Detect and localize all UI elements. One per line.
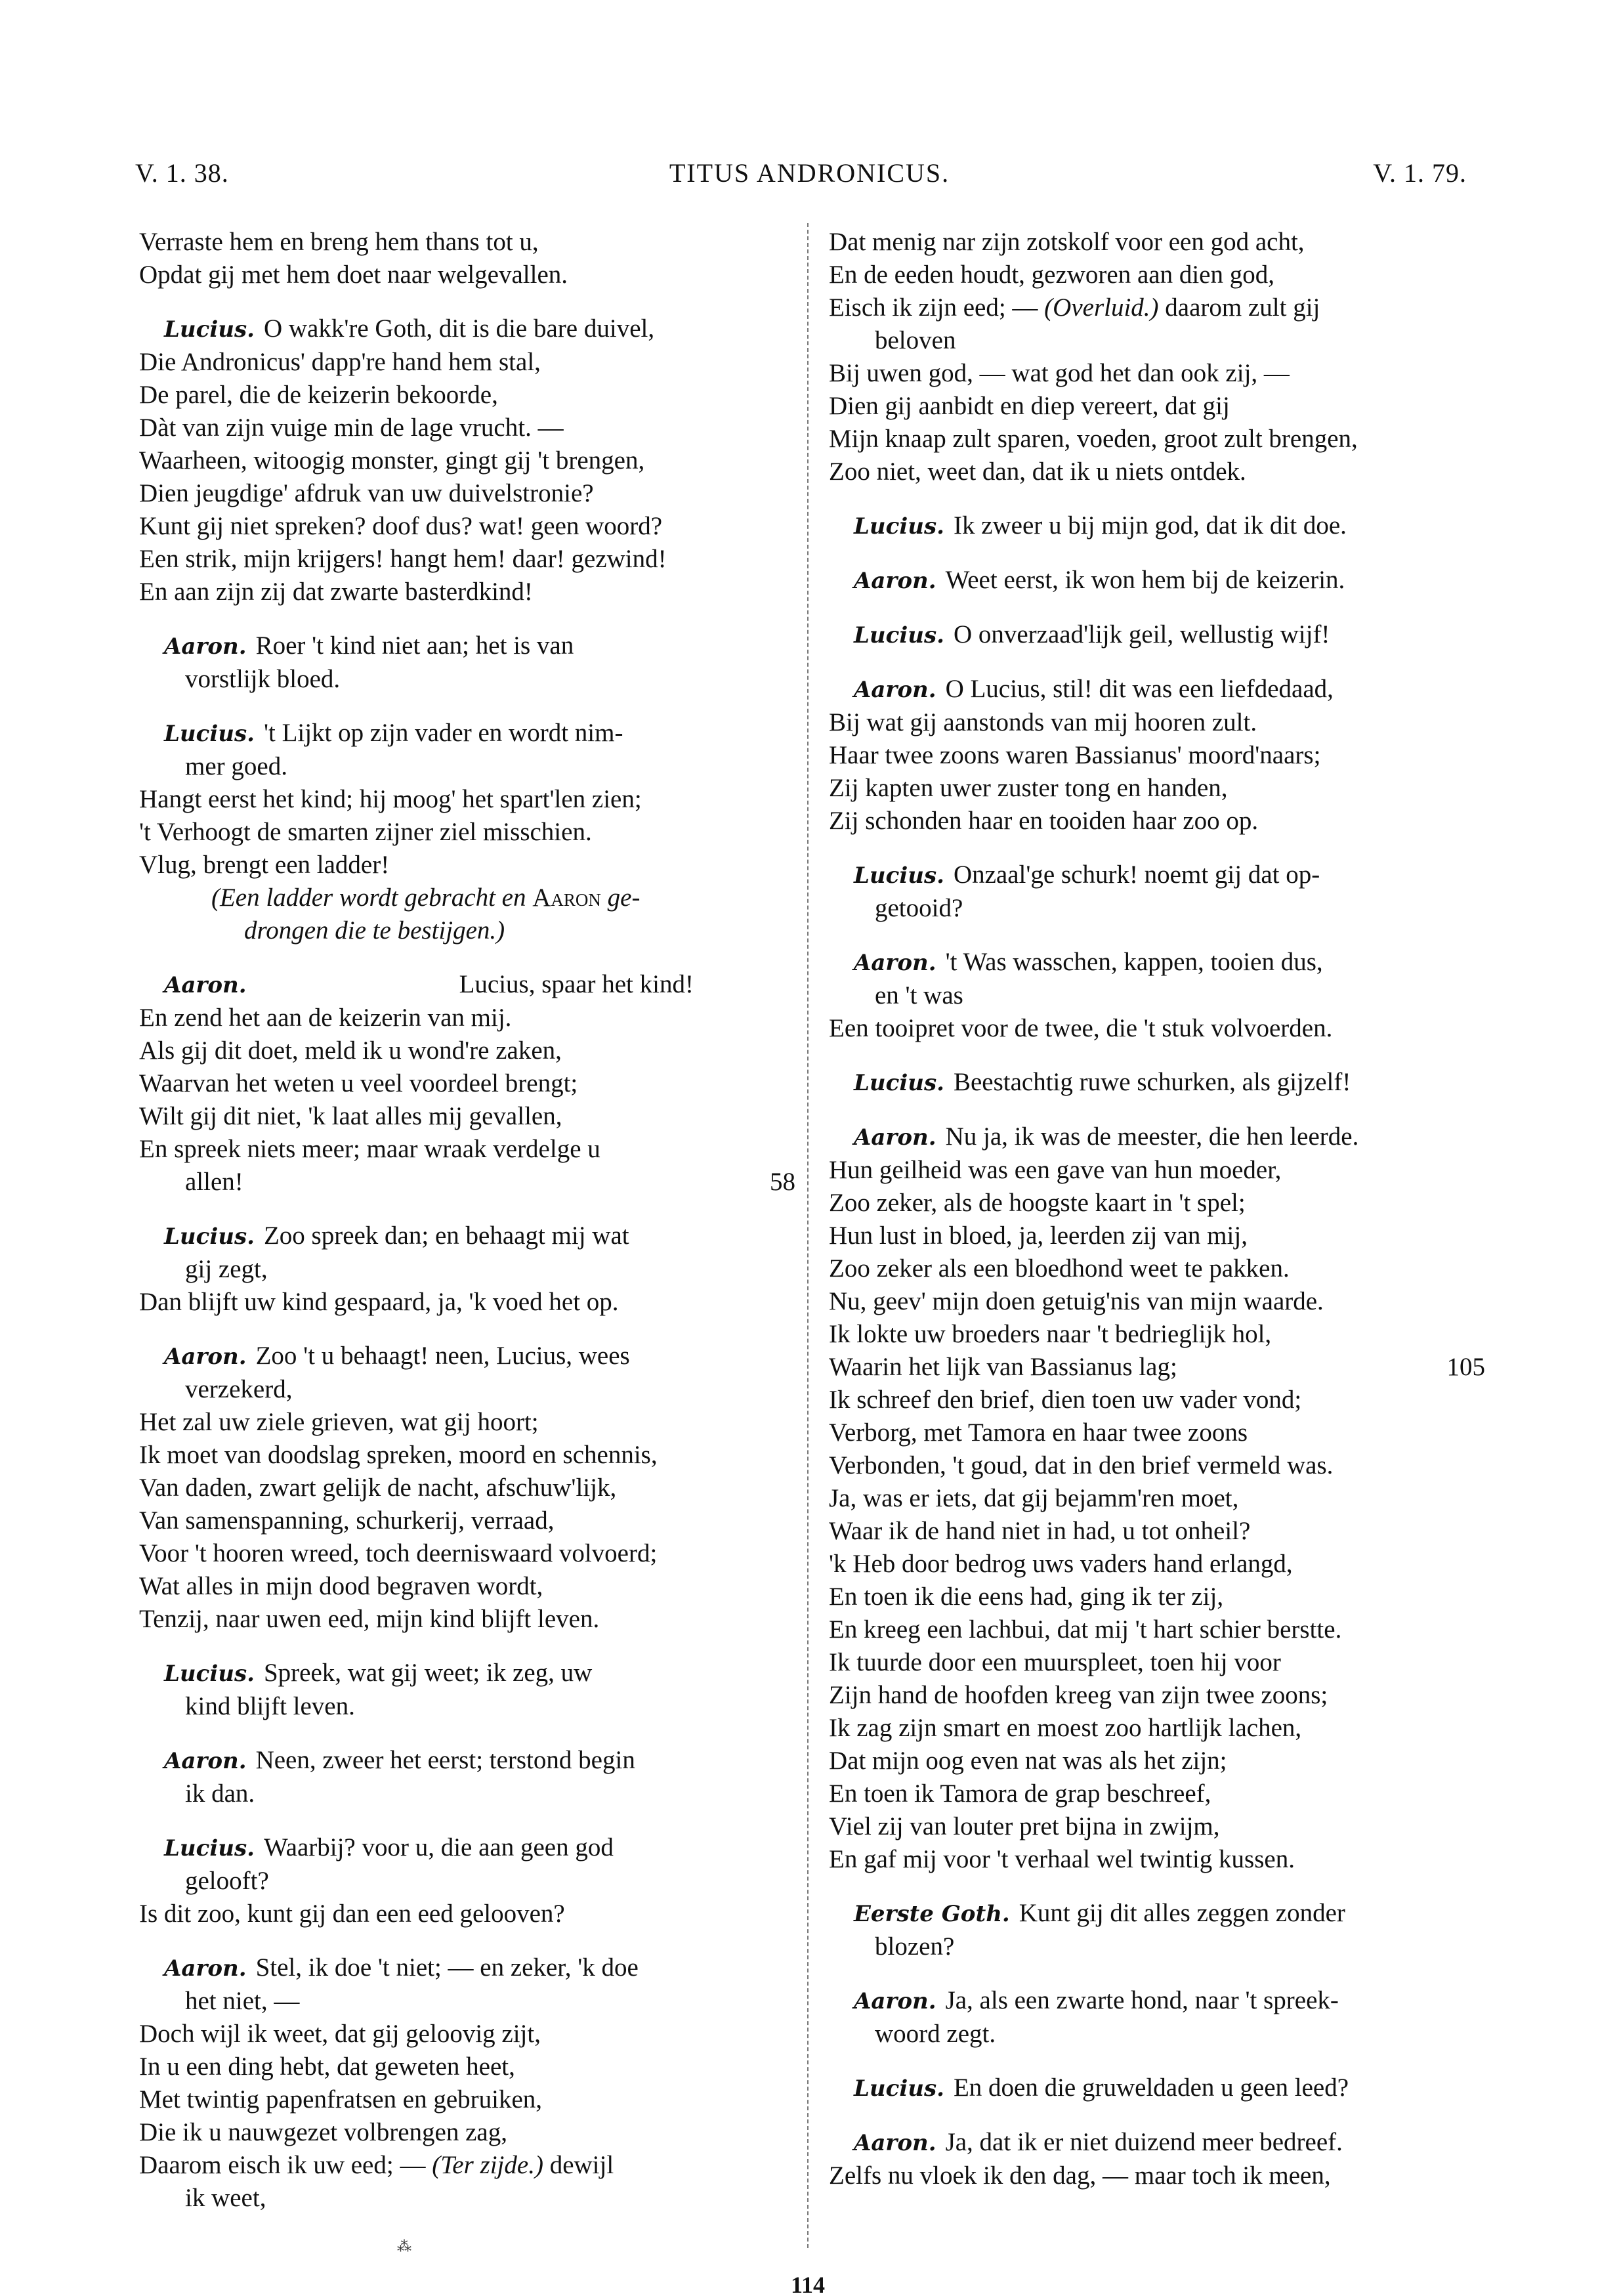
line-text: mer goed.: [185, 752, 287, 780]
speaker-name: Lucius.: [164, 1223, 255, 1250]
speaker-name: Aaron.: [854, 568, 936, 594]
verse-line: woord zegt.: [829, 2018, 1485, 2051]
verse-line: verzekerd,: [139, 1373, 795, 1406]
line-text: Roer 't kind niet aan; het is van: [256, 631, 574, 660]
verse-line: En zend het aan de keizerin van mij.: [139, 1002, 795, 1034]
line-text: Verraste hem en breng hem thans tot u,: [139, 228, 539, 256]
verse-line: Lucius.Onzaal'ge schurk! noemt gij dat o…: [829, 859, 1485, 892]
column-divider: [807, 223, 809, 2248]
verse-line: mer goed.: [139, 750, 795, 783]
verse-line: Aaron.Zoo 't u behaagt! neen, Lucius, we…: [139, 1340, 795, 1373]
speech-block: Verraste hem en breng hem thans tot u,Op…: [139, 226, 795, 291]
line-text: Lucius, spaar het kind!: [459, 970, 694, 998]
verse-line: Lucius.Spreek, wat gij weet; ik zeg, uw: [139, 1657, 795, 1690]
speech-block: Lucius.Onzaal'ge schurk! noemt gij dat o…: [829, 859, 1485, 925]
line-text: Als gij dit doet, meld ik u wond're zake…: [139, 1036, 562, 1065]
speech-block: Lucius.Zoo spreek dan; en behaagt mij wa…: [139, 1220, 795, 1319]
stage-text: (Een ladder wordt gebracht en: [211, 883, 532, 912]
verse-line: Waarin het lijk van Bassianus lag;105: [829, 1351, 1485, 1384]
line-text: Hangt eerst het kind; hij moog' het spar…: [139, 785, 642, 813]
verse-line: Eerste Goth.Kunt gij dit alles zeggen zo…: [829, 1897, 1485, 1930]
verse-line: Is dit zoo, kunt gij dan een eed geloove…: [139, 1898, 795, 1930]
line-text: Doch wijl ik weet, dat gij geloovig zijt…: [139, 2020, 541, 2048]
line-text: ik weet,: [185, 2184, 266, 2212]
line-text: Zij schonden haar en tooiden haar zoo op…: [829, 807, 1258, 835]
verse-line: Ik zag zijn smart en moest zoo hartlijk …: [829, 1712, 1485, 1745]
line-text: Is dit zoo, kunt gij dan een eed geloove…: [139, 1900, 565, 1928]
line-text-after: daarom zult gij: [1159, 293, 1320, 322]
stage-direction-continued: drongen die te bestijgen.): [139, 914, 795, 947]
speaker-name: Aaron.: [164, 1344, 247, 1370]
line-text: Dan blijft uw kind gespaard, ja, 'k voed…: [139, 1288, 619, 1316]
verse-line: Dan blijft uw kind gespaard, ja, 'k voed…: [139, 1286, 795, 1319]
verse-line: En toen ik die eens had, ging ik ter zij…: [829, 1581, 1485, 1613]
verse-line: Zijn hand de hoofden kreeg van zijn twee…: [829, 1679, 1485, 1712]
line-text: Daarom eisch ik uw eed; —: [139, 2151, 432, 2179]
line-text: beloven: [875, 326, 956, 354]
verse-line: Als gij dit doet, meld ik u wond're zake…: [139, 1034, 795, 1067]
line-text: Verborg, met Tamora en haar twee zoons: [829, 1418, 1248, 1447]
line-text: Met twintig papenfratsen en gebruiken,: [139, 2085, 542, 2114]
verse-line: Daarom eisch ik uw eed; — (Ter zijde.) d…: [139, 2149, 795, 2182]
verse-line: Waar ik de hand niet in had, u tot onhei…: [829, 1515, 1485, 1548]
line-text: Verbonden, 't goud, dat in den brief ver…: [829, 1451, 1333, 1479]
speaker-name: Aaron.: [164, 972, 247, 998]
verse-line: Aaron.'t Was wasschen, kappen, tooien du…: [829, 946, 1485, 979]
line-text: getooid?: [875, 894, 963, 922]
line-text: Viel zij van louter pret bijna in zwijm,: [829, 1812, 1220, 1840]
stage-direction: (Een ladder wordt gebracht en Aaron ge-: [139, 882, 795, 914]
speech-block: Aaron.Nu ja, ik was de meester, die hen …: [829, 1120, 1485, 1876]
verse-line: Aaron.Nu ja, ik was de meester, die hen …: [829, 1120, 1485, 1154]
speech-block: Dat menig nar zijn zotskolf voor een god…: [829, 226, 1485, 488]
stage-aside: (Overluid.): [1044, 293, 1158, 322]
line-text: Van samenspanning, schurkerij, verraad,: [139, 1506, 554, 1535]
line-text: Kunt gij niet spreken? doof dus? wat! ge…: [139, 512, 662, 540]
verse-line: En spreek niets meer; maar wraak verdelg…: [139, 1133, 795, 1166]
verse-line: Verraste hem en breng hem thans tot u,: [139, 226, 795, 259]
verse-line: blozen?: [829, 1930, 1485, 1963]
line-text: Dat mijn oog even nat was als het zijn;: [829, 1747, 1227, 1775]
right-column: Dat menig nar zijn zotskolf voor een god…: [829, 226, 1485, 2213]
line-text: Stel, ik doe 't niet; — en zeker, 'k doe: [256, 1953, 639, 1982]
stage-text: ge-: [601, 883, 641, 912]
verse-line: Aaron.Ja, dat ik er niet duizend meer be…: [829, 2126, 1485, 2159]
verse-line: gelooft?: [139, 1865, 795, 1898]
line-text: Beestachtig ruwe schurken, als gijzelf!: [954, 1068, 1351, 1096]
verse-line: En gaf mij voor 't verhaal wel twintig k…: [829, 1843, 1485, 1876]
verse-line: En kreeg een lachbui, dat mij 't hart sc…: [829, 1613, 1485, 1646]
line-text: Zij kapten uwer zuster tong en handen,: [829, 774, 1228, 802]
line-number: 58: [770, 1166, 795, 1199]
line-text: Dàt van zijn vuige min de lage vrucht. —: [139, 414, 564, 442]
line-text: Ik moet van doodslag spreken, moord en s…: [139, 1441, 658, 1469]
verse-line: Een tooipret voor de twee, die 't stuk v…: [829, 1012, 1485, 1045]
line-text: Van daden, zwart gelijk de nacht, afschu…: [139, 1474, 616, 1502]
line-text: Een tooipret voor de twee, die 't stuk v…: [829, 1014, 1332, 1042]
line-text: Hun geilheid was een gave van hun moeder…: [829, 1156, 1281, 1184]
line-text: Zijn hand de hoofden kreeg van zijn twee…: [829, 1681, 1328, 1709]
line-text: Dien gij aanbidt en diep vereert, dat gi…: [829, 392, 1230, 420]
verse-line: Lucius.O onverzaad'lijk geil, wellustig …: [829, 618, 1485, 652]
verse-line: getooid?: [829, 892, 1485, 925]
verse-line: Een strik, mijn krijgers! hangt hem! daa…: [139, 543, 795, 576]
speaker-name: Lucius.: [164, 316, 255, 343]
line-text: Waarheen, witoogig monster, gingt gij 't…: [139, 446, 644, 475]
line-text: Wilt gij dit niet, 'k laat alles mij gev…: [139, 1102, 562, 1130]
speech-block: Lucius.'t Lijkt op zijn vader en wordt n…: [139, 717, 795, 947]
verse-line: Lucius.Waarbij? voor u, die aan geen god: [139, 1831, 795, 1865]
verse-line: Van daden, zwart gelijk de nacht, afschu…: [139, 1472, 795, 1504]
line-text: Weet eerst, ik won hem bij de keizerin.: [946, 566, 1345, 594]
line-text: 'k Heb door bedrog uws vaders hand erlan…: [829, 1550, 1293, 1578]
verse-line: Voor 't hooren wreed, toch deerniswaard …: [139, 1537, 795, 1570]
verse-line: Lucius.En doen die gruweldaden u geen le…: [829, 2072, 1485, 2105]
verse-line: Verborg, met Tamora en haar twee zoons: [829, 1416, 1485, 1449]
line-text: De parel, die de keizerin bekoorde,: [139, 381, 498, 409]
verse-line: Hangt eerst het kind; hij moog' het spar…: [139, 783, 795, 816]
line-text: Dat menig nar zijn zotskolf voor een god…: [829, 228, 1305, 256]
line-text: Bij wat gij aanstonds van mij hooren zul…: [829, 708, 1257, 736]
verse-line: Waarheen, witoogig monster, gingt gij 't…: [139, 444, 795, 477]
page-number: 114: [791, 2271, 825, 2296]
speaker-name: Aaron.: [854, 1124, 936, 1151]
verse-line: Aaron.Stel, ik doe 't niet; — en zeker, …: [139, 1951, 795, 1985]
line-text: gij zegt,: [185, 1255, 268, 1283]
line-text: En de eeden houdt, gezworen aan dien god…: [829, 261, 1274, 289]
verse-line: Ja, was er iets, dat gij bejamm'ren moet…: [829, 1482, 1485, 1515]
verse-line: Met twintig papenfratsen en gebruiken,: [139, 2083, 795, 2116]
verse-line: Zij kapten uwer zuster tong en handen,: [829, 772, 1485, 805]
speech-block: Eerste Goth.Kunt gij dit alles zeggen zo…: [829, 1897, 1485, 1963]
verse-line: gij zegt,: [139, 1253, 795, 1286]
verse-line: Dien jeugdige' afdruk van uw duivelstron…: [139, 477, 795, 510]
verse-line: en 't was: [829, 979, 1485, 1012]
verse-line: Dat menig nar zijn zotskolf voor een god…: [829, 226, 1485, 259]
verse-line: 't Verhoogt de smarten zijner ziel missc…: [139, 816, 795, 849]
verse-line: Wilt gij dit niet, 'k laat alles mij gev…: [139, 1100, 795, 1133]
verse-line: Hun geilheid was een gave van hun moeder…: [829, 1154, 1485, 1187]
verse-line: Lucius.'t Lijkt op zijn vader en wordt n…: [139, 717, 795, 750]
line-text: Ja, dat ik er niet duizend meer bedreef.: [946, 2128, 1343, 2156]
verse-line: In u een ding hebt, dat geweten heet,: [139, 2051, 795, 2083]
line-text: Ja, als een zwarte hond, naar 't spreek-: [946, 1986, 1339, 2014]
line-text: 't Was wasschen, kappen, tooien dus,: [946, 948, 1323, 976]
verse-line: Nu, geev' mijn doen getuig'nis van mijn …: [829, 1285, 1485, 1318]
verse-line: Aaron.Roer 't kind niet aan; het is van: [139, 629, 795, 663]
speech-block: Aaron.Ja, als een zwarte hond, naar 't s…: [829, 1984, 1485, 2051]
line-text: En gaf mij voor 't verhaal wel twintig k…: [829, 1845, 1295, 1873]
verse-line: Mijn knaap zult sparen, voeden, groot zu…: [829, 423, 1485, 456]
line-text: En kreeg een lachbui, dat mij 't hart sc…: [829, 1615, 1341, 1644]
line-text: En zend het aan de keizerin van mij.: [139, 1004, 511, 1032]
verse-line: Tenzij, naar uwen eed, mijn kind blijft …: [139, 1603, 795, 1636]
verse-line: Aaron.Ja, als een zwarte hond, naar 't s…: [829, 1984, 1485, 2018]
line-text: En spreek niets meer; maar wraak verdelg…: [139, 1135, 600, 1163]
line-text: Tenzij, naar uwen eed, mijn kind blijft …: [139, 1605, 599, 1633]
verse-line: Van samenspanning, schurkerij, verraad,: [139, 1504, 795, 1537]
verse-line: ik dan.: [139, 1777, 795, 1810]
speech-block: Aaron.O Lucius, stil! dit was een liefde…: [829, 673, 1485, 838]
line-text: en 't was: [875, 981, 963, 1010]
line-text: Die Andronicus' dapp're hand hem stal,: [139, 348, 541, 376]
speaker-name: Lucius.: [164, 721, 255, 747]
verse-line: Lucius.Zoo spreek dan; en behaagt mij wa…: [139, 1220, 795, 1253]
verse-line: Hun lust in bloed, ja, leerden zij van m…: [829, 1220, 1485, 1252]
line-text: vorstlijk bloed.: [185, 665, 340, 693]
speaker-name: Aaron.: [164, 1955, 247, 1982]
speech-block: Aaron.Stel, ik doe 't niet; — en zeker, …: [139, 1951, 795, 2215]
verse-line: Zoo zeker, als de hoogste kaart in 't sp…: [829, 1187, 1485, 1220]
line-text: Waarbij? voor u, die aan geen god: [264, 1833, 614, 1861]
line-text: Ik zweer u bij mijn god, dat ik dit doe.: [954, 511, 1347, 540]
line-text: Zoo zeker, als de hoogste kaart in 't sp…: [829, 1189, 1246, 1217]
speech-block: Lucius.O wakk're Goth, dit is die bare d…: [139, 312, 795, 608]
line-number: 105: [1447, 1351, 1486, 1384]
line-text: Opdat gij met hem doet naar welgevallen.: [139, 261, 568, 289]
speech-block: Aaron.Lucius, spaar het kind!En zend het…: [139, 968, 795, 1199]
line-text: kind blijft leven.: [185, 1692, 355, 1720]
speech-block: Lucius.O onverzaad'lijk geil, wellustig …: [829, 618, 1485, 652]
speaker-name: Aaron.: [854, 2130, 936, 2156]
speaker-name: Aaron.: [854, 677, 936, 703]
line-text: Haar twee zoons waren Bassianus' moord'n…: [829, 741, 1320, 769]
line-text: Waarin het lijk van Bassianus lag;: [829, 1353, 1177, 1381]
verse-line: De parel, die de keizerin bekoorde,: [139, 379, 795, 412]
verse-line: En aan zijn zij dat zwarte basterdkind!: [139, 576, 795, 608]
line-text: Een strik, mijn krijgers! hangt hem! daa…: [139, 545, 667, 573]
verse-line: Wat alles in mijn dood begraven wordt,: [139, 1570, 795, 1603]
verse-line: Aaron.O Lucius, stil! dit was een liefde…: [829, 673, 1485, 706]
speech-block: Aaron.Roer 't kind niet aan; het is vanv…: [139, 629, 795, 696]
line-text: O Lucius, stil! dit was een liefdedaad,: [946, 675, 1334, 703]
verse-line: Lucius.O wakk're Goth, dit is die bare d…: [139, 312, 795, 346]
line-text: Zoo niet, weet dan, dat ik u niets ontde…: [829, 457, 1246, 486]
speech-block: Lucius.Waarbij? voor u, die aan geen god…: [139, 1831, 795, 1930]
speaker-name: Lucius.: [854, 1070, 944, 1096]
line-text: Nu ja, ik was de meester, die hen leerde…: [946, 1122, 1359, 1151]
verse-line: Zoo zeker als een bloedhond weet te pakk…: [829, 1252, 1485, 1285]
verse-line: 'k Heb door bedrog uws vaders hand erlan…: [829, 1548, 1485, 1581]
verse-line: ik weet,: [139, 2182, 795, 2215]
running-head-right-reference: V. 1. 79.: [1373, 158, 1467, 188]
verse-line: Die ik u nauwgezet volbrengen zag,: [139, 2116, 795, 2149]
verse-line: Viel zij van louter pret bijna in zwijm,: [829, 1810, 1485, 1843]
speech-block: Aaron.Ja, dat ik er niet duizend meer be…: [829, 2126, 1485, 2192]
line-text: Neen, zweer het eerst; terstond begin: [256, 1746, 635, 1774]
speaker-name: Lucius.: [854, 2075, 944, 2102]
speaker-name: Lucius.: [164, 1661, 255, 1687]
line-text: En toen ik die eens had, ging ik ter zij…: [829, 1583, 1223, 1611]
line-text: verzekerd,: [185, 1375, 292, 1403]
verse-line: Aaron.Weet eerst, ik won hem bij de keiz…: [829, 564, 1485, 597]
speaker-name: Lucius.: [164, 1835, 255, 1861]
line-text: Spreek, wat gij weet; ik zeg, uw: [264, 1659, 592, 1687]
verse-line: Zij schonden haar en tooiden haar zoo op…: [829, 805, 1485, 838]
line-text: Kunt gij dit alles zeggen zonder: [1019, 1899, 1345, 1927]
verse-line: Opdat gij met hem doet naar welgevallen.: [139, 259, 795, 291]
verse-line: Bij wat gij aanstonds van mij hooren zul…: [829, 706, 1485, 739]
line-text: En toen ik Tamora de grap beschreef,: [829, 1779, 1211, 1808]
verse-line: Bij uwen god, — wat god het dan ook zij,…: [829, 357, 1485, 390]
speech-block: Lucius.Spreek, wat gij weet; ik zeg, uwk…: [139, 1657, 795, 1723]
verse-line: Zoo niet, weet dan, dat ik u niets ontde…: [829, 456, 1485, 488]
speech-block: Lucius.Beestachtig ruwe schurken, als gi…: [829, 1066, 1485, 1099]
verse-line: Ik lokte uw broeders naar 't bedrieglijk…: [829, 1318, 1485, 1351]
line-text: Onzaal'ge schurk! noemt gij dat op-: [954, 861, 1320, 889]
line-text: Zelfs nu vloek ik den dag, — maar toch i…: [829, 2161, 1331, 2190]
speech-block: Aaron.'t Was wasschen, kappen, tooien du…: [829, 946, 1485, 1045]
speaker-name: Lucius.: [854, 513, 944, 540]
line-text: O onverzaad'lijk geil, wellustig wijf!: [954, 620, 1330, 648]
running-head: V. 1. 38. TITUS ANDRONICUS. V. 1. 79.: [0, 158, 1619, 190]
line-text: O wakk're Goth, dit is die bare duivel,: [264, 314, 654, 343]
line-text: Dien jeugdige' afdruk van uw duivelstron…: [139, 479, 594, 507]
verse-line: Eisch ik zijn eed; — (Overluid.) daarom …: [829, 291, 1485, 324]
verse-line: Ik tuurde door een muurspleet, toen hij …: [829, 1646, 1485, 1679]
ornament-mark: ⁂: [397, 2238, 411, 2255]
line-text: Ik schreef den brief, dien toen uw vader…: [829, 1386, 1301, 1414]
line-text: Ja, was er iets, dat gij bejamm'ren moet…: [829, 1484, 1238, 1512]
verse-line: Doch wijl ik weet, dat gij geloovig zijt…: [139, 2018, 795, 2051]
line-text: En doen die gruweldaden u geen leed?: [954, 2073, 1349, 2102]
line-text: Die ik u nauwgezet volbrengen zag,: [139, 2118, 507, 2146]
verse-line: Vlug, brengt een ladder!: [139, 849, 795, 882]
line-text: Waarvan het weten u veel voordeel brengt…: [139, 1069, 578, 1097]
speech-block: Aaron.Weet eerst, ik won hem bij de keiz…: [829, 564, 1485, 597]
line-text: En aan zijn zij dat zwarte basterdkind!: [139, 578, 533, 606]
verse-line: Aaron.Lucius, spaar het kind!: [139, 968, 795, 1002]
verse-line: vorstlijk bloed.: [139, 663, 795, 696]
stage-aside: (Ter zijde.): [432, 2151, 543, 2179]
line-text: Zoo zeker als een bloedhond weet te pakk…: [829, 1254, 1290, 1283]
verse-line: Lucius.Ik zweer u bij mijn god, dat ik d…: [829, 509, 1485, 543]
stage-character-name: Aaron: [532, 883, 601, 912]
verse-line: Verbonden, 't goud, dat in den brief ver…: [829, 1449, 1485, 1482]
line-text: Zoo spreek dan; en behaagt mij wat: [264, 1222, 629, 1250]
verse-line: Aaron.Neen, zweer het eerst; terstond be…: [139, 1744, 795, 1777]
line-text: 't Lijkt op zijn vader en wordt nim-: [264, 719, 623, 747]
line-text: Ik lokte uw broeders naar 't bedrieglijk…: [829, 1320, 1271, 1348]
verse-line: Zelfs nu vloek ik den dag, — maar toch i…: [829, 2159, 1485, 2192]
line-text: gelooft?: [185, 1867, 269, 1895]
line-text: Zoo 't u behaagt! neen, Lucius, wees: [256, 1342, 630, 1370]
verse-line: Lucius.Beestachtig ruwe schurken, als gi…: [829, 1066, 1485, 1099]
line-text: allen!: [185, 1168, 243, 1196]
verse-line: Dien gij aanbidt en diep vereert, dat gi…: [829, 390, 1485, 423]
verse-line: Haar twee zoons waren Bassianus' moord'n…: [829, 739, 1485, 772]
verse-line: Dàt van zijn vuige min de lage vrucht. —: [139, 412, 795, 444]
line-text: Mijn knaap zult sparen, voeden, groot zu…: [829, 425, 1358, 453]
line-text: Voor 't hooren wreed, toch deerniswaard …: [139, 1539, 657, 1567]
speaker-name: Aaron.: [164, 633, 247, 660]
line-text: Wat alles in mijn dood begraven wordt,: [139, 1572, 543, 1600]
verse-line: allen!58: [139, 1166, 795, 1199]
verse-line: beloven: [829, 324, 1485, 357]
line-text: Bij uwen god, — wat god het dan ook zij,…: [829, 359, 1290, 387]
verse-line: Kunt gij niet spreken? doof dus? wat! ge…: [139, 510, 795, 543]
verse-line: kind blijft leven.: [139, 1690, 795, 1723]
verse-line: Het zal uw ziele grieven, wat gij hoort;: [139, 1406, 795, 1439]
verse-line: En de eeden houdt, gezworen aan dien god…: [829, 259, 1485, 291]
line-text: Waar ik de hand niet in had, u tot onhei…: [829, 1517, 1250, 1545]
speaker-name: Aaron.: [164, 1748, 247, 1774]
verse-line: Dat mijn oog even nat was als het zijn;: [829, 1745, 1485, 1777]
line-text: blozen?: [875, 1932, 954, 1961]
speaker-name: Lucius.: [854, 622, 944, 648]
verse-line: En toen ik Tamora de grap beschreef,: [829, 1777, 1485, 1810]
left-column: Verraste hem en breng hem thans tot u,Op…: [139, 226, 795, 2236]
line-text: het niet, —: [185, 1987, 299, 2015]
speech-block: Aaron.Zoo 't u behaagt! neen, Lucius, we…: [139, 1340, 795, 1636]
line-text: 't Verhoogt de smarten zijner ziel missc…: [139, 818, 592, 846]
speaker-name: Lucius.: [854, 862, 944, 889]
line-text-after: dewijl: [543, 2151, 614, 2179]
line-text: Ik zag zijn smart en moest zoo hartlijk …: [829, 1714, 1301, 1742]
speaker-name: Aaron.: [854, 1988, 936, 2014]
line-text: In u een ding hebt, dat geweten heet,: [139, 2052, 515, 2081]
speaker-name: Eerste Goth.: [854, 1901, 1010, 1927]
line-text: Ik tuurde door een muurspleet, toen hij …: [829, 1648, 1281, 1676]
speech-block: Lucius.En doen die gruweldaden u geen le…: [829, 2072, 1485, 2105]
verse-line: Waarvan het weten u veel voordeel brengt…: [139, 1067, 795, 1100]
verse-line: Ik schreef den brief, dien toen uw vader…: [829, 1384, 1485, 1416]
line-text: Nu, geev' mijn doen getuig'nis van mijn …: [829, 1287, 1324, 1315]
speech-block: Lucius.Ik zweer u bij mijn god, dat ik d…: [829, 509, 1485, 543]
speech-block: Aaron.Neen, zweer het eerst; terstond be…: [139, 1744, 795, 1810]
line-text: ik dan.: [185, 1779, 255, 1808]
verse-line: het niet, —: [139, 1985, 795, 2018]
line-text: woord zegt.: [875, 2020, 996, 2048]
line-text: Het zal uw ziele grieven, wat gij hoort;: [139, 1408, 539, 1436]
line-text: Hun lust in bloed, ja, leerden zij van m…: [829, 1222, 1248, 1250]
line-text: Eisch ik zijn eed; —: [829, 293, 1044, 322]
speaker-name: Aaron.: [854, 950, 936, 976]
verse-line: Ik moet van doodslag spreken, moord en s…: [139, 1439, 795, 1472]
line-text: Vlug, brengt een ladder!: [139, 851, 389, 879]
verse-line: Die Andronicus' dapp're hand hem stal,: [139, 346, 795, 379]
